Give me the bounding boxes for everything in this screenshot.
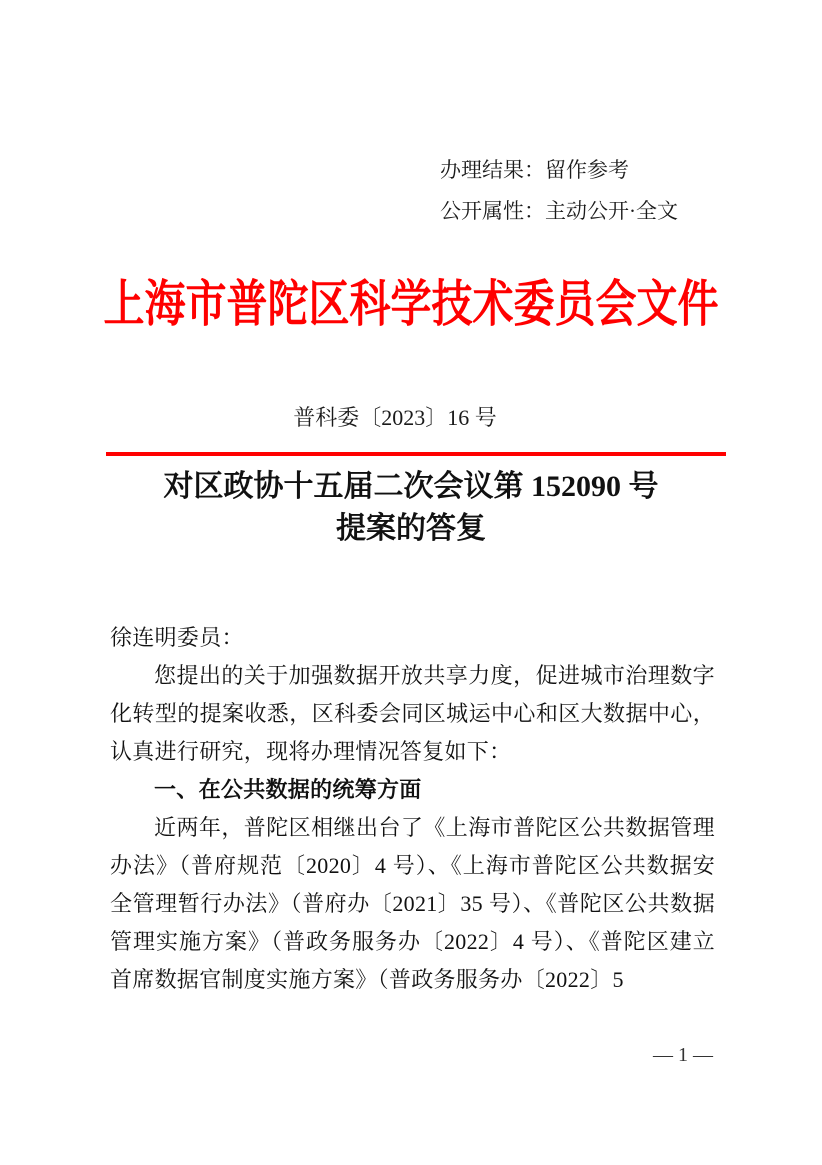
document-body: 徐连明委员： 您提出的关于加强数据开放共享力度，促进城市治理数字化转型的提案收悉… (110, 619, 715, 999)
paragraph-intro: 您提出的关于加强数据开放共享力度，促进城市治理数字化转型的提案收悉，区科委会同区… (110, 657, 715, 771)
document-page: 办理结果：留作参考 公开属性：主动公开·全文 上海市普陀区科学技术委员会文件 普… (0, 0, 822, 1165)
section-heading-1: 一、在公共数据的统筹方面 (110, 771, 715, 809)
letterhead-title: 上海市普陀区科学技术委员会文件 (0, 268, 822, 340)
document-title-line2: 提案的答复 (0, 508, 822, 550)
letterhead-divider-rule (106, 452, 726, 456)
document-number: 普科委〔2023〕16 号 (0, 402, 790, 434)
document-title: 对区政协十五届二次会议第 152090 号 提案的答复 (0, 466, 822, 550)
salutation: 徐连明委员： (110, 619, 715, 657)
page-number: — 1 — (653, 1041, 713, 1069)
meta-block: 办理结果：留作参考 公开属性：主动公开·全文 (440, 150, 678, 232)
letterhead-title-text: 上海市普陀区科学技术委员会文件 (104, 268, 719, 340)
disclosure-attribute: 公开属性：主动公开·全文 (440, 191, 678, 232)
handling-result: 办理结果：留作参考 (440, 150, 678, 191)
paragraph-section-1: 近两年，普陀区相继出台了《上海市普陀区公共数据管理办法》（普府规范〔2020〕4… (110, 809, 715, 999)
document-title-line1: 对区政协十五届二次会议第 152090 号 (0, 466, 822, 508)
